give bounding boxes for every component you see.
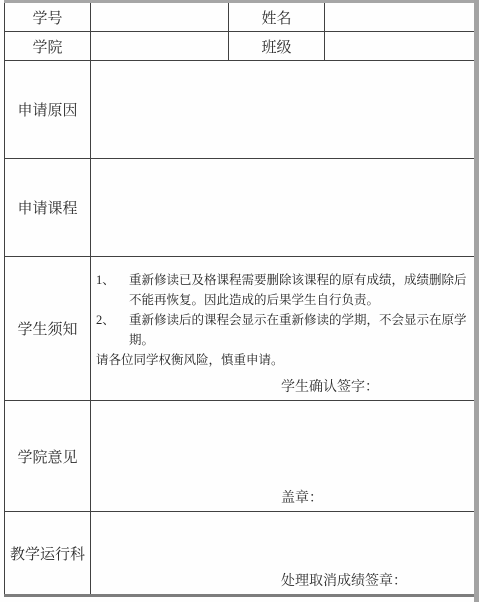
scan-edge-shadow [474, 0, 479, 602]
notice-item-1-text: 重新修读已及格课程需要删除该课程的原有成绩，成绩删除后不能再恢复。因此造成的后果… [129, 270, 470, 310]
college-label: 学院 [5, 32, 91, 61]
college-opinion-field[interactable]: 盖章： [91, 401, 475, 512]
reason-field[interactable] [91, 61, 475, 159]
notice-item-1-number: 1、 [96, 270, 129, 310]
application-form-table: 学号 姓名 学院 班级 申请原因 申请课程 学生须知 1、 [4, 0, 475, 597]
teaching-office-field[interactable]: 处理取消成绩签章： [91, 512, 475, 596]
info-row-2: 学院 班级 [5, 32, 475, 61]
student-id-field[interactable] [91, 2, 229, 32]
course-field[interactable] [91, 159, 475, 257]
notice-label: 学生须知 [5, 257, 91, 401]
scanned-form-page: 学号 姓名 学院 班级 申请原因 申请课程 学生须知 1、 [0, 0, 479, 602]
college-opinion-label: 学院意见 [5, 401, 91, 512]
course-label: 申请课程 [5, 159, 91, 257]
notice-content: 1、 重新修读已及格课程需要删除该课程的原有成绩，成绩删除后不能再恢复。因此造成… [91, 257, 475, 401]
class-label: 班级 [229, 32, 325, 61]
student-id-label: 学号 [5, 2, 91, 32]
name-label: 姓名 [229, 2, 325, 32]
class-field[interactable] [325, 32, 475, 61]
college-field[interactable] [91, 32, 229, 61]
reason-row: 申请原因 [5, 61, 475, 159]
notice-item-2: 2、 重新修读后的课程会显示在重新修读的学期，不会显示在原学期。 [96, 310, 470, 350]
info-row-1: 学号 姓名 [5, 2, 475, 32]
notice-item-2-number: 2、 [96, 310, 129, 350]
college-opinion-row: 学院意见 盖章： [5, 401, 475, 512]
course-row: 申请课程 [5, 159, 475, 257]
reason-label: 申请原因 [5, 61, 91, 159]
notice-row: 学生须知 1、 重新修读已及格课程需要删除该课程的原有成绩，成绩删除后不能再恢复… [5, 257, 475, 401]
student-signature-label: 学生确认签字： [281, 376, 379, 396]
notice-item-1: 1、 重新修读已及格课程需要删除该课程的原有成绩，成绩删除后不能再恢复。因此造成… [96, 270, 470, 310]
teaching-office-row: 教学运行科 处理取消成绩签章： [5, 512, 475, 596]
notice-warning-text: 请各位同学权衡风险，慎重申请。 [96, 350, 470, 370]
grade-cancellation-seal-label: 处理取消成绩签章： [281, 570, 407, 590]
notice-item-2-text: 重新修读后的课程会显示在重新修读的学期，不会显示在原学期。 [129, 310, 470, 350]
stamp-label: 盖章： [281, 487, 323, 507]
notice-text-block: 1、 重新修读已及格课程需要删除该课程的原有成绩，成绩删除后不能再恢复。因此造成… [91, 257, 474, 370]
name-field[interactable] [325, 2, 475, 32]
teaching-office-label: 教学运行科 [5, 512, 91, 596]
